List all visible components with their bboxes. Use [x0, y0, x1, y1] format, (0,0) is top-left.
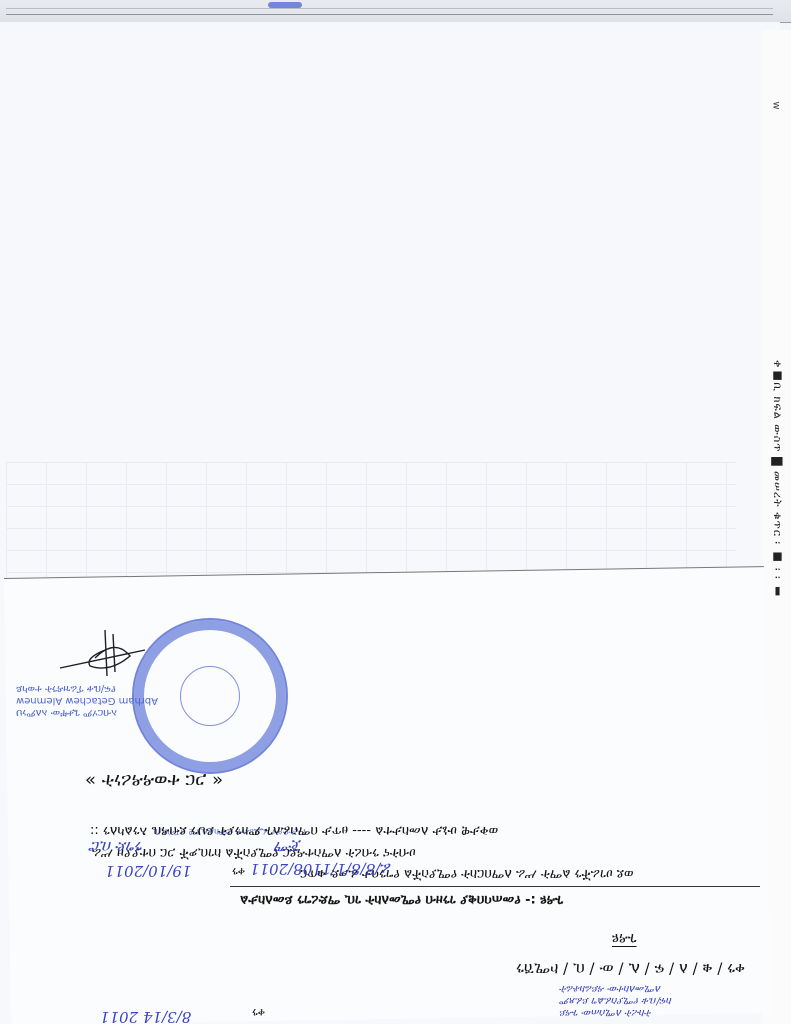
bottom-handwritten-date: 8/3/14 2011: [100, 1008, 191, 1024]
subject-line: ጉዳዩ :- የመጠባበቂያ ገንዘብ የሚመለከት ገቢ ማድረግን ይመለከ…: [240, 892, 563, 907]
scanner-top-edge: [0, 0, 791, 23]
stamp-ring-text: የኢትዮጵያ ፌዴራላዊ ዴሞክራሲያዊ ሪፐብሊክ: [154, 684, 306, 836]
underlying-page-text: ቀ■ቢ ክፍል ውስጥ ▇ መሠረት ቁጥር ፡ ■ ፡ ፡ ▮: [766, 360, 784, 800]
margin-note: ትኩረት ለሚሰጠው ጉዳይ ከፍ/ቤቱ የሚያስፈልግ ይፈጸም ለሚመለከተ…: [560, 982, 672, 1018]
margin-note-line: ለሚመለከተው ዳይሬክቶሬት: [560, 982, 672, 994]
blue-mark: [268, 2, 302, 8]
margin-note-line: ከፍ/ቤቱ የሚያስፈልግ ይፈጸም: [560, 994, 672, 1006]
body-line-4: ወቅታዊ ሁኔታ ለመከታተል ---- ፀጥታ በማስፈለጉ ምክንያት ይህ…: [90, 823, 498, 838]
handwritten-amount: ጅማ: [275, 838, 301, 856]
subject-underline: [230, 886, 760, 887]
handwritten-name: ንግድ ቢሮ: [90, 838, 143, 856]
margin-note-line: ትኩረት ለሚሰጠው ጉዳይ: [560, 1006, 672, 1018]
signer-name-amharic: አብርሃም ጌታቸው አለምነህ: [16, 706, 158, 718]
stamp-signer-block: አብርሃም ጌታቸው አለምነህ Abrham Getachew Alemnew…: [16, 682, 158, 718]
signer-title: የፍ/ቤቱ ፕሬዝዳንት ተወካይ: [16, 682, 158, 694]
subject-label: ጉዳዩ: [612, 930, 637, 946]
handwritten-date: 19/10/2011: [105, 862, 191, 880]
date-label: ቀን: [232, 864, 245, 878]
signer-name-english: Abrham Getachew Alemnew: [16, 694, 158, 706]
page-edge-mark: w: [771, 101, 782, 109]
paper-stack-edge: [6, 8, 773, 15]
closing-quote: « ጋር ተወዳዳሪነት »: [85, 770, 223, 791]
bottom-date-label: ቀን: [252, 1005, 265, 1019]
header-reference-line: ቀን / ቁ / ለ / ፍ / ሊ / ው / ቢ / ኮሚሽን: [516, 960, 745, 978]
handwritten-ref-number: ፈ/8/8/1/1108/2011: [250, 860, 392, 878]
